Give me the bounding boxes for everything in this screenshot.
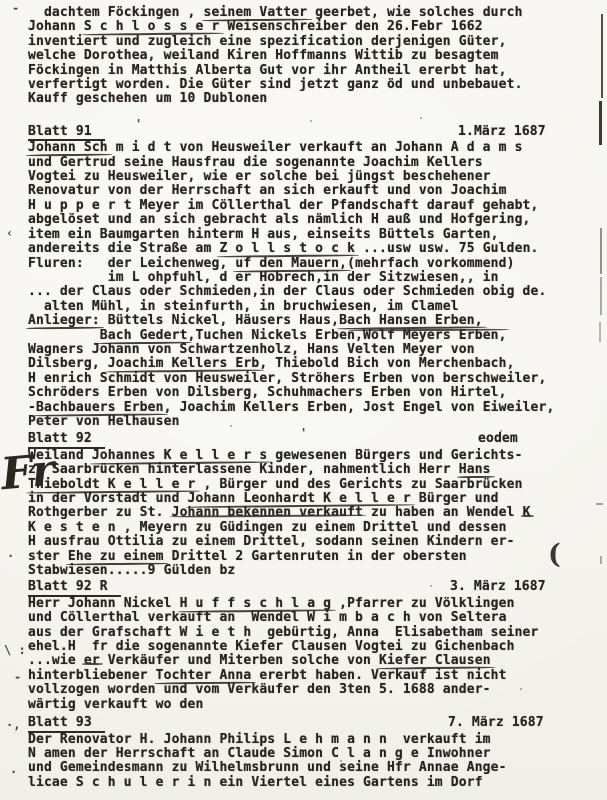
text-segment: Drittel 2 Gartenruten in der obersten bbox=[164, 550, 467, 564]
entry-heading: Blatt 93 bbox=[28, 716, 105, 732]
text-segment-pen-marked: uf den Mauern, bbox=[235, 257, 347, 271]
text-segment: Johann bbox=[28, 20, 84, 34]
text-line: und Gemeindesmann zu Wilhelmsbrunn und s… bbox=[28, 761, 589, 775]
text-segment: - bbox=[28, 401, 36, 415]
text-line: item ein Baumgarten hinterm H aus, einse… bbox=[28, 228, 589, 242]
text-line: wärtig verkauft wo den bbox=[28, 698, 589, 712]
text-line: welche Dorothea, weiland Kiren Hoffmanns… bbox=[28, 49, 589, 63]
text-segment: Rothgerber zu St. bbox=[28, 506, 172, 520]
text-segment: , Joachim Kellers Erben, Jost Engel von … bbox=[164, 401, 555, 415]
text-segment: , Thiebold Bich von Merchenbach, bbox=[259, 357, 514, 371]
scan-artifact bbox=[599, 101, 602, 145]
intro-paragraph: dachtem Föckingen , seinem Vatter geerbe… bbox=[28, 6, 589, 107]
text-segment: zu haben an Wendel bbox=[363, 506, 523, 520]
text-line: Renovatur von der Herrschaft an sich erk… bbox=[28, 184, 589, 198]
text-segment: welche Dorothea, weiland Kiren Hoffmanns… bbox=[28, 49, 499, 63]
text-segment-pen-marked: K bbox=[523, 506, 531, 520]
text-segment: hinterbliebener bbox=[28, 669, 156, 683]
text-segment: verfertigt worden. Die Güter sind jetzt … bbox=[28, 78, 523, 92]
text-segment: ...wie bbox=[28, 654, 84, 668]
text-line: ... der Claus oder Schmieden,in der Clau… bbox=[28, 285, 589, 299]
text-segment: Dilsberg, bbox=[28, 357, 108, 371]
text-segment-pen-marked: Wolf Meyers Erben, bbox=[363, 329, 507, 343]
scan-artifact bbox=[600, 277, 602, 315]
text-line: abgelöset und an sich gebracht als nämli… bbox=[28, 213, 589, 227]
scan-artifact bbox=[599, 322, 601, 342]
text-segment: ererbt haben. Verkauf ist nicht bbox=[251, 669, 506, 683]
text-segment-pen-marked: er bbox=[84, 654, 100, 668]
margin-arrow-mark: ‹ bbox=[6, 227, 13, 239]
text-segment: Büttels Nickel, Häusers Haus, bbox=[100, 314, 339, 328]
text-segment: Schröders Erben von Dilsberg, Schuhmache… bbox=[28, 386, 507, 400]
margin-mark: \ : bbox=[4, 644, 26, 656]
text-line: Föckingen in Matthis Alberta Gut vor ihr… bbox=[28, 64, 589, 78]
text-segment-pen-marked: Z o l l s t o c k bbox=[219, 242, 355, 256]
text-line: aus der Grafschaft W i e t h gebürtig, A… bbox=[28, 626, 589, 640]
scan-artifact bbox=[600, 556, 602, 564]
text-segment-pen-marked: Johann Leonhardt K e l l e r bbox=[188, 492, 411, 506]
entry-blatt-91: Blatt 911.März 1687Johann Sch m i d t vo… bbox=[28, 125, 589, 430]
document-content: dachtem Föckingen , seinem Vatter geerbe… bbox=[0, 0, 607, 790]
stray-pen-mark: . bbox=[10, 763, 17, 775]
text-segment bbox=[28, 329, 100, 343]
text-segment: H enrich Schmidt von Heusweiler, Ströher… bbox=[28, 372, 546, 386]
stray-pen-mark: ·, bbox=[6, 719, 20, 731]
scan-artifact bbox=[340, 760, 342, 762]
text-segment-pen-marked: Joachim Kellers Erb bbox=[108, 357, 260, 371]
text-segment: und Cöllerthal verkauft an Wendel W i m … bbox=[28, 611, 507, 625]
text-line: Anlieger: Büttels Nickel, Häusers Haus,B… bbox=[28, 314, 589, 328]
text-segment-pen-marked: S c h l o s s e r bbox=[84, 20, 220, 34]
text-segment: , Bürger und des Gerichts zu Saarbrücken bbox=[196, 478, 523, 492]
scan-artifact bbox=[600, 228, 602, 274]
text-line: Kauff geschehen um 10 Dublonen bbox=[28, 92, 589, 106]
text-segment: Verkäufer und Miterben solche von bbox=[100, 654, 379, 668]
text-line: vollzogen worden und vom Verkäufer den 3… bbox=[28, 683, 589, 697]
text-segment: m i d t von Heusweiler verkauft an Johan… bbox=[108, 141, 523, 155]
text-segment: item ein Baumgarten hinterm H aus, einse… bbox=[28, 228, 499, 242]
text-segment: ...usw usw. 75 Gulden. bbox=[355, 242, 538, 256]
text-segment-pen-marked: Anlieger: bbox=[28, 314, 100, 328]
text-segment-pen-marked: Hans bbox=[459, 463, 491, 477]
text-line: ...wie er Verkäufer und Miterben solche … bbox=[28, 654, 589, 668]
stray-pen-mark: - bbox=[14, 671, 21, 683]
text-line: Johann S c h l o s s e r Weisenschreiber… bbox=[28, 20, 589, 34]
document-scan-page: dachtem Föckingen , seinem Vatter geerbe… bbox=[0, 0, 607, 800]
text-segment: ... der Claus oder Schmieden,in der Clau… bbox=[28, 285, 546, 299]
text-line: Stabwiesen.....9 Gülden bz bbox=[28, 564, 589, 578]
text-line: und Gertrud seine Hausfrau die sogenannt… bbox=[28, 156, 589, 170]
entry-blatt-92-r: Blatt 92 R3. März 1687Herr Johann Nickel… bbox=[28, 580, 589, 712]
text-segment: aus der Grafschaft W i e t h gebürtig, A… bbox=[28, 626, 539, 640]
text-segment: andereits die Straße am bbox=[28, 242, 219, 256]
text-line: und Cöllerthal verkauft an Wendel W i m … bbox=[28, 611, 589, 625]
entry-heading: Blatt 91 bbox=[28, 125, 105, 141]
text-line: andereits die Straße am Z o l l s t o c … bbox=[28, 242, 589, 256]
text-line: hinterbliebener Tochter Anna ererbt habe… bbox=[28, 669, 589, 683]
text-line: licae S c h u l e r i n ein Viertel eine… bbox=[28, 776, 589, 790]
text-line: Der Renovator H. Johann Philips L e h m … bbox=[28, 733, 589, 747]
text-segment-pen-marked: Johann bekennen verkauft bbox=[172, 506, 363, 520]
text-segment: Bürger und bbox=[411, 492, 499, 506]
entry-date: 1.März 1687 bbox=[458, 125, 546, 139]
text-line: ster Ehe zu einem Drittel 2 Gartenruten … bbox=[28, 550, 589, 564]
text-line: Thieboldt K e l l e r , Bürger und des G… bbox=[28, 478, 589, 492]
text-segment-pen-marked: Ehe zu einem bbox=[68, 550, 164, 564]
scan-artifact bbox=[310, 120, 312, 122]
text-line: H enrich Schmidt von Heusweiler, Ströher… bbox=[28, 372, 589, 386]
text-segment: licae S c h u l e r i n ein Viertel eine… bbox=[28, 776, 483, 790]
entry-heading-row: Blatt 911.März 1687 bbox=[28, 125, 589, 141]
scan-artifact bbox=[500, 430, 502, 432]
handwritten-paren: ( bbox=[548, 541, 561, 568]
entry-blatt-93: Blatt 937. März 1687Der Renovator H. Joh… bbox=[28, 716, 589, 790]
text-line: zu Saarbrücken hinterlassene Kinder, nah… bbox=[28, 463, 589, 477]
text-line: Peter von Helhausen bbox=[28, 415, 589, 429]
entry-date: 3. März 1687 bbox=[450, 580, 546, 594]
text-segment-pen-marked: Bach Hansen Erben, bbox=[339, 314, 483, 328]
scan-artifact bbox=[596, 503, 603, 505]
entry-heading-row: Blatt 937. März 1687 bbox=[28, 716, 589, 732]
text-line: Rothgerber zu St. Johann bekennen verkau… bbox=[28, 506, 589, 520]
text-segment: ster bbox=[28, 550, 68, 564]
text-line: Schröders Erben von Dilsberg, Schuhmache… bbox=[28, 386, 589, 400]
text-line: in der Vorstadt und Johann Leonhardt K e… bbox=[28, 492, 589, 506]
entry-date: 7. März 1687 bbox=[448, 716, 544, 730]
text-line: Fluren: der Leichenweg, uf den Mauern,(m… bbox=[28, 257, 589, 271]
text-segment-pen-marked: Johann Sch bbox=[28, 141, 108, 155]
text-segment: und Gemeindesmann zu Wilhelmsbrunn und s… bbox=[28, 761, 507, 775]
text-segment: (mehrfach vorkommend) bbox=[347, 257, 515, 271]
text-line: alten Mühl, in steinfurth, in bruchwiese… bbox=[28, 300, 589, 314]
text-segment: H ausfrau Ottilia zu einem Drittel, soda… bbox=[28, 535, 515, 549]
stray-pen-mark: ' bbox=[135, 118, 142, 130]
entry-heading: Blatt 92 R bbox=[28, 580, 121, 596]
scan-artifact bbox=[420, 117, 422, 119]
handwritten-fr-note: Fr bbox=[0, 449, 56, 498]
text-line: -Bachbauers Erben, Joachim Kellers Erben… bbox=[28, 401, 589, 415]
text-segment: Renovatur von der Herrschaft an sich erk… bbox=[28, 184, 507, 198]
text-segment-pen-marked: Kiefer Clausen bbox=[379, 654, 491, 668]
text-segment: alten Mühl, in steinfurth, in bruchwiese… bbox=[28, 300, 459, 314]
scan-artifact bbox=[260, 690, 262, 692]
entry-heading-row: Blatt 92eodem bbox=[28, 432, 589, 448]
text-segment-pen-marked: Bach Gedert bbox=[100, 329, 188, 343]
text-segment: Der Renovator H. Johann Philips L e h m … bbox=[28, 733, 491, 747]
scan-artifact bbox=[230, 425, 232, 427]
text-segment: Kauff geschehen um 10 Dublonen bbox=[28, 92, 267, 106]
text-segment-pen-marked: Tochter Anna bbox=[156, 669, 252, 683]
entry-date: eodem bbox=[478, 432, 518, 446]
scan-artifact bbox=[601, 14, 603, 98]
text-segment: Föckingen in Matthis Alberta Gut vor ihr… bbox=[28, 64, 507, 78]
text-segment: Stabwiesen.....9 Gülden bz bbox=[28, 564, 235, 578]
text-line: Johann Sch m i d t von Heusweiler verkau… bbox=[28, 141, 589, 155]
text-segment: abgelöset und an sich gebracht als nämli… bbox=[28, 213, 531, 227]
scan-artifact bbox=[430, 585, 432, 587]
stray-pen-mark: - bbox=[12, 2, 19, 14]
stray-pen-mark: . bbox=[7, 547, 14, 559]
text-segment: wärtig verkauft wo den bbox=[28, 698, 204, 712]
scan-artifact bbox=[520, 688, 522, 690]
text-line: verfertigt worden. Die Güter sind jetzt … bbox=[28, 78, 589, 92]
text-segment: zu Saarbrücken hinterlassene Kinder, nah… bbox=[28, 463, 459, 477]
text-line: Dilsberg, Joachim Kellers Erb, Thiebold … bbox=[28, 357, 589, 371]
text-segment: Peter von Helhausen bbox=[28, 415, 180, 429]
text-segment: und Gertrud seine Hausfrau die sogenannt… bbox=[28, 156, 483, 170]
text-segment: Fluren: der Leichenweg, bbox=[28, 257, 235, 271]
text-line: H ausfrau Ottilia zu einem Drittel, soda… bbox=[28, 535, 589, 549]
entry-heading-row: Blatt 92 R3. März 1687 bbox=[28, 580, 589, 596]
stray-pen-mark: ' bbox=[300, 427, 307, 439]
text-segment: Weisenschreiber den 26.Febr 1662 bbox=[219, 20, 482, 34]
text-segment: dachtem Föckingen , bbox=[28, 6, 204, 20]
text-line: Bach Gedert,Tuchen Nickels Erben,Wolf Me… bbox=[28, 329, 589, 343]
text-segment: ,Tuchen Nickels Erben, bbox=[188, 329, 364, 343]
entry-blatt-92: Blatt 92eodemWeiland Johannes K e l l e … bbox=[28, 432, 589, 578]
text-segment-pen-marked: Bachbauers Erben bbox=[36, 401, 164, 415]
